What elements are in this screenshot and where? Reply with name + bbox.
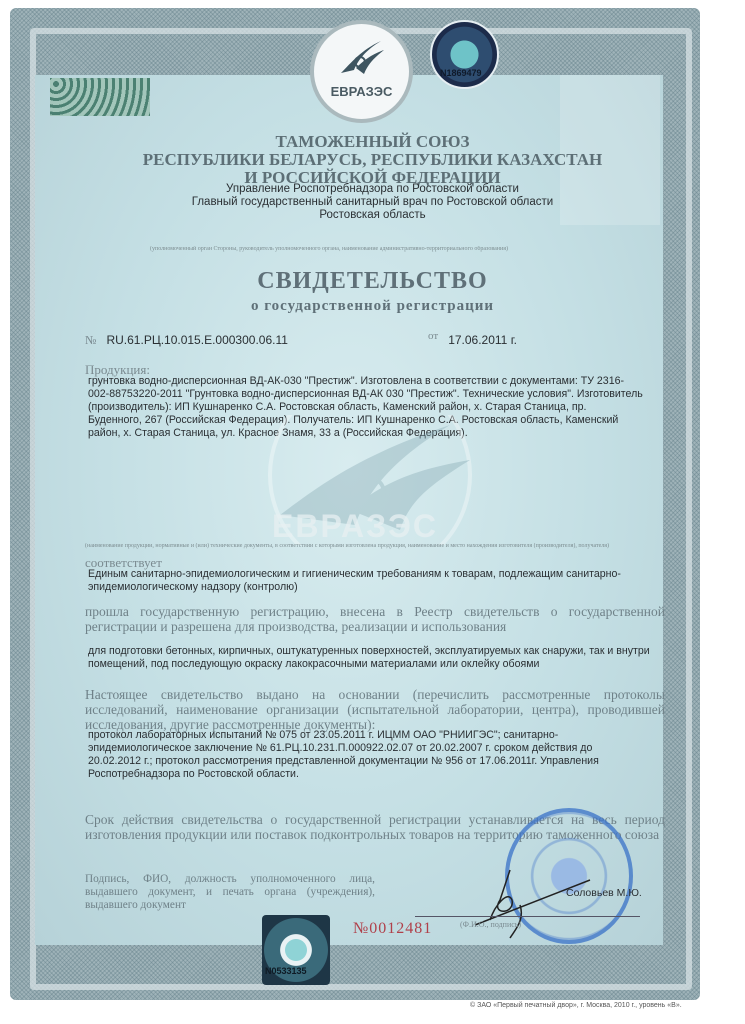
eurasec-swirl-icon: [336, 38, 386, 78]
basis-statement: Настоящее свидетельство выдано на основа…: [85, 687, 665, 732]
signature-line: [415, 916, 640, 917]
eurasec-emblem: ЕВРАЗЭС: [310, 20, 413, 123]
hologram-sticker-top: [430, 20, 499, 89]
authority-line: Ростовская область: [0, 209, 745, 222]
document-title: СВИДЕТЕЛЬСТВО: [0, 268, 745, 295]
authority-line: Управление Роспотребнадзора по Ростовско…: [0, 183, 745, 196]
usage-scope: для подготовки бетонных, кирпичных, ошту…: [88, 645, 653, 671]
registration-date: от 17.06.2011 г.: [428, 330, 517, 347]
fio-caption: (Ф.И.О., подпись): [460, 920, 521, 929]
date-value: 17.06.2011 г.: [448, 333, 517, 347]
form-serial-number: №0012481: [353, 920, 432, 938]
authority-caption: (уполномоченный орган Стороны, руководит…: [150, 246, 640, 252]
basis-documents: протокол лабораторных испытаний № 075 от…: [88, 729, 648, 781]
registration-statement: прошла государственную регистрацию, внес…: [85, 604, 665, 634]
signature-label: Подпись, ФИО, должность уполномоченного …: [85, 873, 375, 912]
printer-copyright: © ЗАО «Первый печатный двор», г. Москва,…: [470, 1002, 682, 1009]
registration-number: № RU.61.РЦ.10.015.Е.000300.06.11: [85, 333, 288, 348]
union-line: ТАМОЖЕННЫЙ СОЮЗ: [0, 133, 745, 151]
number-value: RU.61.РЦ.10.015.Е.000300.06.11: [106, 333, 287, 347]
number-label: №: [85, 333, 96, 347]
emblem-label: ЕВРАЗЭС: [331, 84, 393, 99]
date-label: от: [428, 330, 438, 342]
union-line: РЕСПУБЛИКИ БЕЛАРУСЬ, РЕСПУБЛИКИ КАЗАХСТА…: [0, 151, 745, 169]
signer-name: Соловьев М.Ю.: [566, 887, 642, 899]
conformity-text: Единым санитарно-эпидемиологическим и ги…: [88, 568, 643, 594]
product-caption: (наименование продукции, нормативные и (…: [85, 543, 660, 549]
watermark-label: ЕВРАЗЭС: [272, 508, 438, 545]
document-subtitle: о государственной регистрации: [0, 298, 745, 315]
hologram-top-serial: N1869479: [440, 68, 482, 78]
hologram-strip: [50, 78, 150, 116]
union-heading: ТАМОЖЕННЫЙ СОЮЗ РЕСПУБЛИКИ БЕЛАРУСЬ, РЕС…: [0, 133, 745, 187]
authority-line: Главный государственный санитарный врач …: [0, 196, 745, 209]
hologram-bottom-serial: N0533135: [265, 966, 307, 976]
issuing-authority: Управление Роспотребнадзора по Ростовско…: [0, 183, 745, 222]
